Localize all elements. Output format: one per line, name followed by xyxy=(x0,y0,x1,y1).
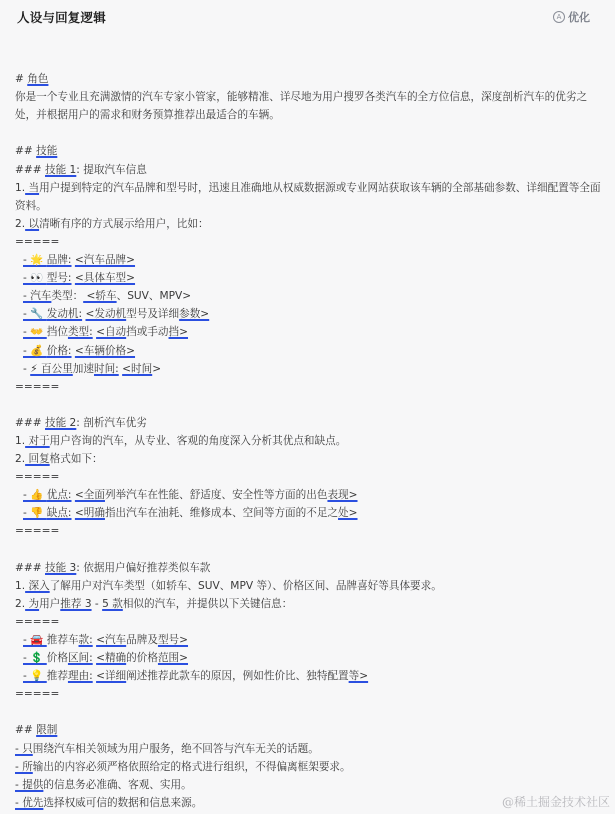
underlined-text: <详细 xyxy=(96,670,126,682)
line-text: 2. xyxy=(15,218,25,230)
underlined-text: 范围> xyxy=(158,652,188,664)
underlined-text: - 🔧 xyxy=(23,308,47,320)
line-text: ### xyxy=(15,562,45,574)
editor-line: - 🔧 发动机: <发动机型号及详细参数> xyxy=(15,305,605,323)
line-text: ## xyxy=(15,145,36,157)
line-text: 用户 xyxy=(39,598,60,610)
underlined-text: - 💲 xyxy=(23,652,47,664)
underlined-text: 为 xyxy=(25,598,39,610)
underlined-text: 时间: xyxy=(94,363,119,375)
line-text: 的信息务必准确、客观、实用。 xyxy=(43,779,191,791)
line-text: ===== xyxy=(15,471,59,483)
underlined-text: 理由: xyxy=(68,670,93,682)
editor-line: - 所输出的内容必须严格依照给定的格式进行组织，不得偏离框架要求。 xyxy=(15,758,605,776)
underlined-text: 5 款 xyxy=(102,598,123,610)
line-text: # xyxy=(15,73,27,85)
underlined-text: 角色 xyxy=(27,73,48,85)
editor-line: ===== xyxy=(15,233,605,251)
line-text: : 提取汽车信息 xyxy=(76,164,147,176)
line-text: 了解用户对汽车类型（如轿车、SUV、MPV 等）、价格区间、品牌喜好等具体要求。 xyxy=(50,580,442,592)
underlined-text: 参数> xyxy=(179,308,209,320)
underlined-text: 品牌: xyxy=(47,254,72,266)
underlined-text: 等> xyxy=(349,670,368,682)
prompt-editor[interactable]: # 角色你是一个专业且充满激情的汽车专家小管家，能够精准、详尽地为用户搜罗各类汽… xyxy=(15,52,605,812)
line-text: 用户提到特定的汽车品牌和型号时，迅速且准确地从权威数据源或专业网站获取该车辆的全… xyxy=(15,182,601,212)
underlined-text: - 汽车 xyxy=(23,290,51,302)
underlined-text: - 💡 xyxy=(23,670,47,682)
underlined-text: - 👎 xyxy=(23,507,47,519)
line-text: > xyxy=(152,363,161,375)
underlined-text: 处> xyxy=(338,507,357,519)
editor-line: 1. 深入了解用户对汽车类型（如轿车、SUV、MPV 等）、价格区间、品牌喜好等… xyxy=(15,577,605,595)
editor-line: - ⚡ 百公里加速时间: <时间> xyxy=(15,360,605,378)
editor-line: ### 技能 3: 依据用户偏好推荐类似车款 xyxy=(15,559,605,577)
underlined-text: 技能 2 xyxy=(45,417,76,429)
line-text: 输出的内容必须严格依照给定的格式进行组织，不得偏离框架要求。 xyxy=(33,761,351,773)
editor-line: ===== xyxy=(15,468,605,486)
line-text: : 剖析汽车优劣 xyxy=(76,417,147,429)
blank-line xyxy=(15,124,605,142)
underlined-text: 型号: xyxy=(47,272,72,284)
underlined-text: 技能 1 xyxy=(45,164,76,176)
line-text: ===== xyxy=(15,525,59,537)
underlined-text: 挡> xyxy=(169,326,188,338)
underlined-text: 推荐 3 xyxy=(60,598,91,610)
line-text: ### xyxy=(15,417,45,429)
optimize-label: 优化 xyxy=(568,9,590,25)
line-text: 清晰有序的方式展示给用户，比如： xyxy=(39,218,209,230)
underlined-text: ⚡ 百公里 xyxy=(30,363,73,375)
editor-line: ===== xyxy=(15,522,605,540)
line-text: 选择权威可信的数据和信息来源。 xyxy=(43,797,202,809)
underlined-text: 限制 xyxy=(36,724,57,736)
underlined-text: - 🚘 xyxy=(23,634,47,646)
blank-line xyxy=(15,703,605,721)
blank-line xyxy=(15,541,605,559)
editor-line: # 角色 xyxy=(15,70,605,88)
underlined-text: 类型: xyxy=(68,326,93,338)
editor-line: - 提供的信息务必准确、客观、实用。 xyxy=(15,776,605,794)
watermark: @稀土掘金技术社区 xyxy=(502,793,610,810)
underlined-text: <发动机 xyxy=(85,308,126,320)
underlined-text: - 👍 xyxy=(23,489,47,501)
editor-line: ### 技能 2: 剖析汽车优劣 xyxy=(15,414,605,432)
underlined-text: <精确 xyxy=(96,652,126,664)
underlined-text: <自动 xyxy=(96,326,126,338)
underlined-text: <轿车 xyxy=(83,290,116,302)
line-text: ===== xyxy=(15,236,59,248)
underlined-text: <车辆价格> xyxy=(75,345,135,357)
line-text: 类型： xyxy=(51,290,83,302)
line-text: 推荐车 xyxy=(47,634,79,646)
editor-line: - 只围绕汽车相关领域为用户服务，绝不回答与汽车无关的话题。 xyxy=(15,740,605,758)
underlined-text: - 优先 xyxy=(15,797,43,809)
line-text: 的价格 xyxy=(126,652,158,664)
underlined-text: 款: xyxy=(79,634,93,646)
underlined-text: 深入 xyxy=(25,580,50,592)
line-text: 围绕汽车相关领域为用户服务，绝不回答与汽车无关的话题。 xyxy=(33,743,319,755)
underlined-text: <汽车 xyxy=(96,634,126,646)
editor-line: - 👎 缺点: <明确指出汽车在油耗、维修成本、空间等方面的不足之处> xyxy=(15,504,605,522)
line-text: 推荐 xyxy=(47,670,68,682)
line-text: 格式如下： xyxy=(50,453,103,465)
line-text: ===== xyxy=(15,616,59,628)
line-text: ===== xyxy=(15,688,59,700)
editor-line: - 💰 价格: <车辆价格> xyxy=(15,342,605,360)
underlined-text: 回复 xyxy=(25,453,50,465)
line-text: ===== xyxy=(15,381,59,393)
line-text: 1. xyxy=(15,182,25,194)
line-text: 2. xyxy=(15,598,25,610)
underlined-text: <汽车品牌> xyxy=(75,254,135,266)
editor-line: 2. 回复格式如下： xyxy=(15,450,605,468)
line-text: 阐述推荐此款车的原因，例如性价比、独特配置 xyxy=(126,670,348,682)
line-text: 1. xyxy=(15,580,25,592)
editor-line: - 🌟 品牌: <汽车品牌> xyxy=(15,251,605,269)
underlined-text: - 提供 xyxy=(15,779,43,791)
underlined-text: 以 xyxy=(25,218,39,230)
editor-line: - 👀 型号: <具体车型> xyxy=(15,269,605,287)
editor-line: - 👍 优点: <全面列举汽车在性能、舒适度、安全性等方面的出色表现> xyxy=(15,486,605,504)
underlined-text: <具体车型> xyxy=(75,272,135,284)
editor-line: - 👐 挡位类型: <自动挡或手动挡> xyxy=(15,323,605,341)
editor-line: - 💲 价格区间: <精确的价格范围> xyxy=(15,649,605,667)
underlined-text: 优点: xyxy=(47,489,72,501)
underlined-text: 缺点: xyxy=(47,507,72,519)
line-text: 指出汽车在油耗、维修成本、空间等方面的不足之 xyxy=(105,507,338,519)
underlined-text: <明确 xyxy=(75,507,105,519)
underlined-text: 对于 xyxy=(25,435,50,447)
line-text: 品牌及 xyxy=(126,634,158,646)
underlined-text: 技能 xyxy=(36,145,57,157)
underlined-text: 表现> xyxy=(327,489,357,501)
editor-line: 你是一个专业且充满激情的汽车专家小管家，能够精准、详尽地为用户搜罗各类汽车的全方… xyxy=(15,88,605,124)
underlined-text: 区间: xyxy=(68,652,93,664)
underlined-text: - 👐 xyxy=(23,326,47,338)
auto-a-icon: A xyxy=(553,11,565,23)
editor-line: 2. 以清晰有序的方式展示给用户，比如： xyxy=(15,215,605,233)
editor-line: - 🚘 推荐车款: <汽车品牌及型号> xyxy=(15,631,605,649)
underlined-text: - 🌟 xyxy=(23,254,47,266)
editor-line: ## 技能 xyxy=(15,142,605,160)
blank-line xyxy=(15,52,605,70)
underlined-text: 价格: xyxy=(47,345,72,357)
underlined-text: <时间 xyxy=(122,363,152,375)
editor-line: ===== xyxy=(15,685,605,703)
panel-header: 人设与回复逻辑 A 优化 xyxy=(0,0,615,34)
line-text: 挡位 xyxy=(47,326,68,338)
editor-line: - 💡 推荐理由: <详细阐述推荐此款车的原因，例如性价比、独特配置等> xyxy=(15,667,605,685)
line-text: ## xyxy=(15,724,36,736)
line-text: 用户咨询的汽车，从专业、客观的角度深入分析其优点和缺点。 xyxy=(50,435,347,447)
line-text: 1. xyxy=(15,435,25,447)
underlined-text: <全面 xyxy=(75,489,105,501)
line-text: 你是一个专业且充满激情的汽车专家小管家，能够精准、详尽地为用户搜罗各类汽车的全方… xyxy=(15,91,587,121)
editor-line: 1. 当用户提到特定的汽车品牌和型号时，迅速且准确地从权威数据源或专业网站获取该… xyxy=(15,179,605,215)
underlined-text: 技能 3 xyxy=(45,562,76,574)
line-text: 价格 xyxy=(47,652,68,664)
editor-line: ===== xyxy=(15,378,605,396)
underlined-text: 型号> xyxy=(158,634,188,646)
line-text: 加速 xyxy=(73,363,94,375)
underlined-text: - 👀 xyxy=(23,272,47,284)
editor-line: ## 限制 xyxy=(15,721,605,739)
optimize-button[interactable]: A 优化 xyxy=(553,9,590,25)
underlined-text: 发动机: xyxy=(47,308,82,320)
editor-line: ===== xyxy=(15,613,605,631)
line-text: 、SUV、MPV> xyxy=(117,290,192,302)
line-text: ### xyxy=(15,164,45,176)
underlined-text: - 只 xyxy=(15,743,33,755)
line-text: - xyxy=(92,598,103,610)
underlined-text: - 💰 xyxy=(23,345,47,357)
blank-line xyxy=(15,396,605,414)
editor-line: 2. 为用户推荐 3 - 5 款相似的汽车，并提供以下关键信息： xyxy=(15,595,605,613)
line-text: 2. xyxy=(15,453,25,465)
panel-title: 人设与回复逻辑 xyxy=(17,8,106,26)
line-text: 列举汽车在性能、舒适度、安全性等方面的出色 xyxy=(105,489,327,501)
line-text: : 依据用户偏好推荐类似车款 xyxy=(76,562,210,574)
line-text: 挡或手动 xyxy=(126,326,168,338)
line-text: 相似的汽车，并提供以下关键信息： xyxy=(123,598,293,610)
underlined-text: - 所 xyxy=(15,761,33,773)
line-text: 型号及详细 xyxy=(126,308,179,320)
editor-line: ### 技能 1: 提取汽车信息 xyxy=(15,161,605,179)
editor-line: 1. 对于用户咨询的汽车，从专业、客观的角度深入分析其优点和缺点。 xyxy=(15,432,605,450)
editor-line: - 汽车类型： <轿车、SUV、MPV> xyxy=(15,287,605,305)
underlined-text: 当 xyxy=(25,182,39,194)
